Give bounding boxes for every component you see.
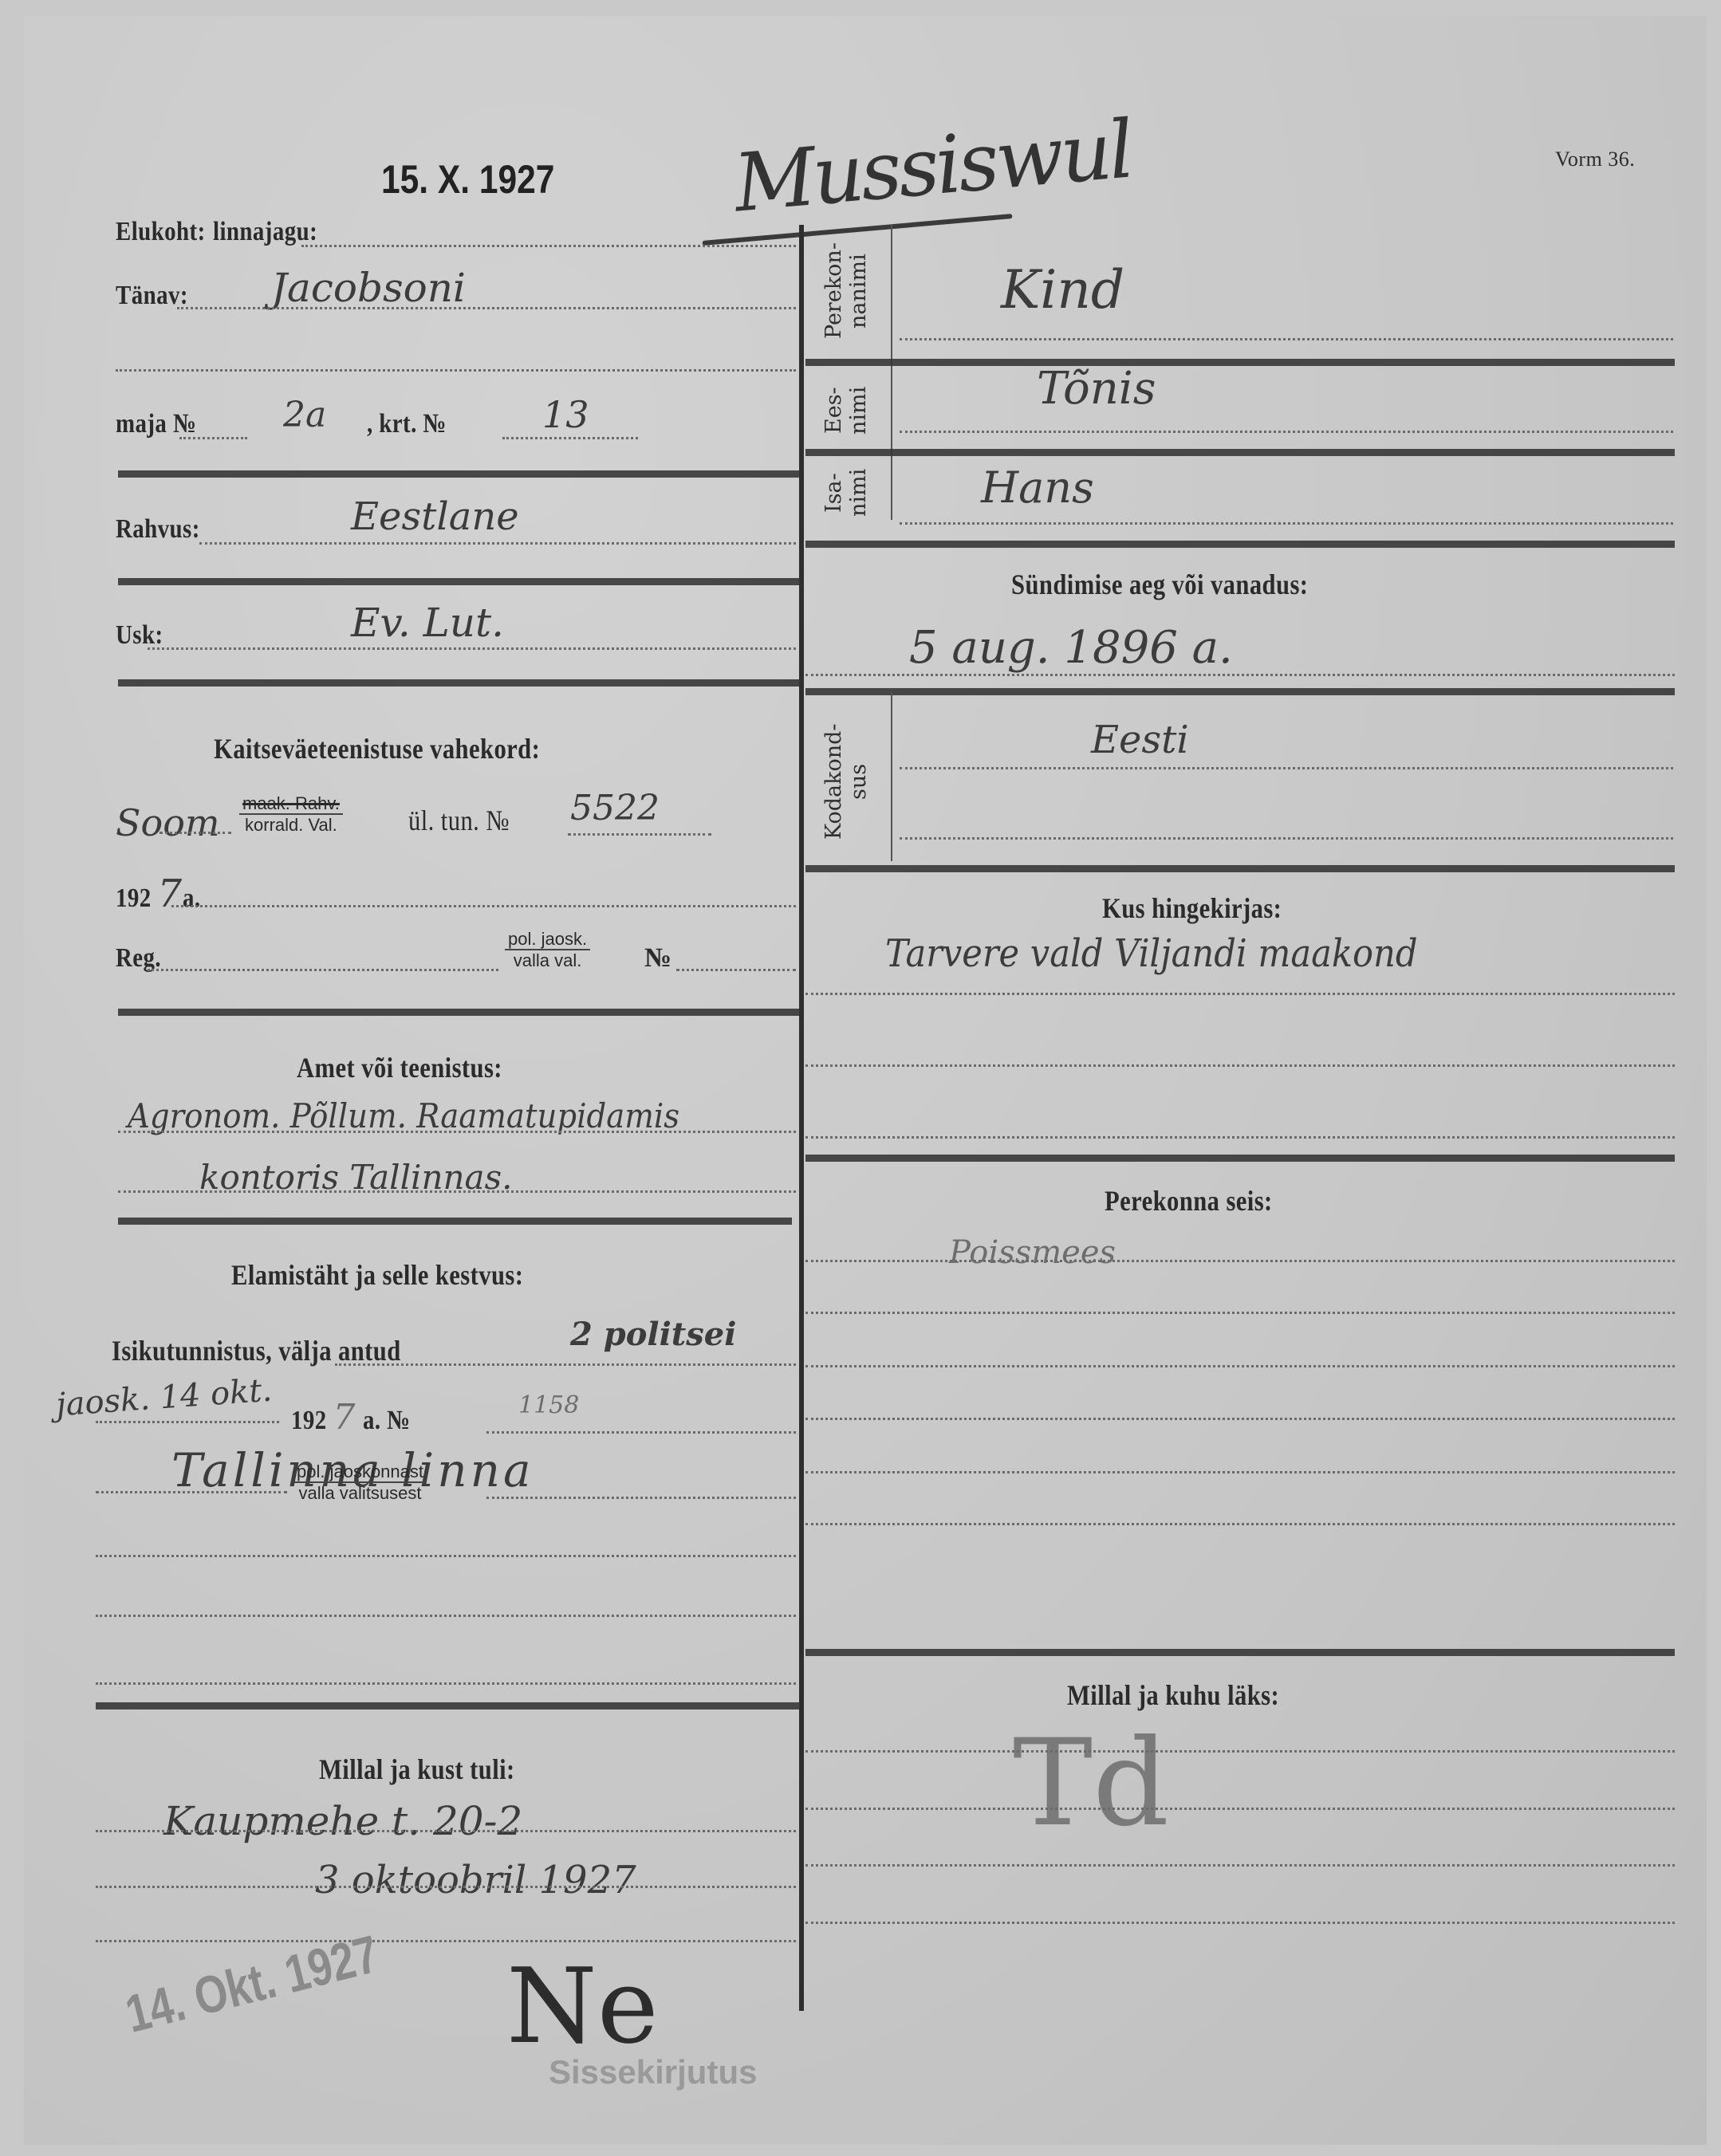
family-status-field-6[interactable] [805, 1523, 1675, 1525]
family-status-field-2[interactable] [805, 1312, 1675, 1314]
section-rule [805, 449, 1675, 456]
hingekiri-title: Kus hingekirjas: [1102, 891, 1282, 925]
residence-extra-field-2[interactable] [96, 1615, 796, 1617]
arrival-line1[interactable]: Kaupmehe t. 20-2 [163, 1798, 522, 1844]
section-rule [805, 541, 1675, 548]
reg-number-field[interactable] [676, 969, 796, 971]
id-year-label: 192 [291, 1406, 327, 1436]
id-number-value[interactable]: 1158 [518, 1391, 579, 1419]
military-fraction-bottom: korrald. Val. [239, 815, 343, 835]
usk-label: Usk: [116, 620, 163, 651]
reg-fraction-bottom: valla val. [505, 950, 590, 970]
section-rule [805, 1155, 1675, 1162]
ul-tun-label: ül. tun. № [408, 804, 510, 837]
id-issuer-fraction-top: pol. jaoskonnast [293, 1462, 427, 1483]
hingekiri-field-3[interactable] [805, 1136, 1675, 1139]
kodakondsus-label: Kodakond- sus [821, 706, 871, 857]
occupation-line1[interactable]: Agronom. Põllum. Raamatupidamis [128, 1096, 679, 1135]
citizenship-label-divider [891, 692, 892, 861]
tanav-value[interactable]: Jacobsoni [271, 265, 466, 311]
family-status-field-1[interactable] [805, 1260, 1675, 1262]
id-year-suffix: a. № [363, 1406, 411, 1436]
reg-fraction-top: pol. jaosk. [505, 929, 590, 950]
military-prefix-field[interactable] [159, 832, 231, 834]
perekonnanimi-label: Perekon- nanimi [821, 231, 871, 351]
birth-title: Sündimise aeg või vanadus: [1011, 568, 1308, 601]
rahvus-field[interactable] [199, 542, 796, 545]
military-year-value[interactable]: 7 [158, 871, 183, 916]
military-prefix-value[interactable]: Soom [116, 801, 220, 844]
departure-signature: Td [1013, 1714, 1169, 1853]
eesnimi-value[interactable]: Tõnis [1037, 363, 1156, 415]
arrival-field-2[interactable] [96, 1886, 796, 1888]
military-fraction-top: maak. Rahv. [239, 793, 343, 815]
maja-field[interactable] [179, 437, 247, 439]
arrival-field-3[interactable] [96, 1940, 796, 1942]
family-status-field-5[interactable] [805, 1471, 1675, 1473]
reg-fraction: pol. jaosk. valla val. [505, 929, 590, 971]
section-rule [118, 1218, 792, 1225]
section-rule [118, 578, 800, 585]
isanimi-label: Isa- nimi [821, 461, 871, 525]
military-year-label: 192 [116, 883, 152, 914]
date-stamp: 15. X. 1927 [381, 156, 554, 203]
military-fraction: maak. Rahv. korrald. Val. [239, 793, 343, 836]
ul-tun-field[interactable] [568, 833, 711, 836]
section-rule [118, 470, 800, 478]
section-rule [805, 865, 1675, 872]
family-status-title: Perekonna seis: [1105, 1184, 1273, 1218]
elukoht-label-group: Elukoht: linnajagu: [116, 217, 336, 247]
occupation-title: Amet või teenistus: [297, 1051, 502, 1084]
military-title: Kaitseväeteenistuse vahekord: [214, 732, 540, 765]
kodakondsus-field-1[interactable] [900, 767, 1673, 769]
krt-field[interactable] [502, 437, 638, 439]
residence-permit-title: Elamistäht ja selle kestvus: [231, 1258, 523, 1292]
krt-label: , krt. № [367, 409, 447, 439]
tanav-field[interactable] [177, 307, 796, 309]
maja-value[interactable]: 2a [283, 395, 326, 435]
id-issued-value[interactable]: 2 politsei [570, 1316, 736, 1353]
arrival-field-1[interactable] [96, 1830, 796, 1832]
birth-value[interactable]: 5 aug. 1896 a. [909, 622, 1233, 674]
isanimi-value[interactable]: Hans [981, 462, 1094, 513]
rahvus-label: Rahvus: [116, 514, 200, 545]
departure-field-4[interactable] [805, 1922, 1675, 1924]
krt-value[interactable]: 13 [542, 393, 589, 436]
departure-title: Millal ja kuhu läks: [1067, 1678, 1279, 1712]
occupation-field-2[interactable] [118, 1190, 796, 1193]
birth-field[interactable] [805, 674, 1675, 676]
military-year-field[interactable] [171, 905, 796, 907]
reg-field[interactable] [148, 969, 498, 971]
section-rule [805, 1649, 1675, 1656]
id-issued-field[interactable] [335, 1363, 796, 1366]
id-issued-label: Isikutunnistus, välja antud [112, 1334, 401, 1367]
rahvus-value[interactable]: Eestlane [351, 494, 519, 539]
ul-tun-value[interactable]: 5522 [570, 788, 660, 828]
id-issuer-fraction-bottom: valla valitsusest [293, 1483, 427, 1503]
id-issuer-field-right[interactable] [486, 1497, 796, 1499]
family-status-field-4[interactable] [805, 1418, 1675, 1420]
section-rule [805, 359, 1675, 366]
linnajagu-field[interactable] [301, 245, 796, 247]
section-rule [96, 1702, 800, 1709]
official-signature: Ne [506, 1946, 659, 2067]
residence-extra-field-1[interactable] [96, 1555, 796, 1557]
maja-label: maja № [116, 409, 196, 439]
form-number: Vorm 36. [1555, 148, 1635, 171]
section-rule [118, 1009, 800, 1016]
military-year-suffix: a. [183, 883, 201, 914]
name-label-divider [891, 225, 892, 520]
id-date-field[interactable] [96, 1421, 279, 1423]
usk-field[interactable] [148, 647, 796, 650]
id-issuer-field-left[interactable] [96, 1491, 287, 1493]
hingekiri-value[interactable]: Tarvere vald Viljandi maakond [885, 931, 1418, 976]
departure-field-1[interactable] [805, 1750, 1675, 1753]
perekonnanimi-value[interactable]: Kind [1001, 259, 1124, 321]
section-rule [805, 688, 1675, 695]
family-status-value[interactable]: Poissmees [949, 1234, 1116, 1271]
id-year-value[interactable]: 7 [333, 1397, 356, 1438]
eesnimi-label: Ees- nimi [821, 371, 871, 450]
arrival-line2[interactable]: 3 oktoobril 1927 [315, 1858, 636, 1902]
arrival-title: Millal ja kust tuli: [319, 1753, 515, 1786]
registration-stamp: Sissekirjutus [549, 2053, 757, 2091]
isanimi-field[interactable] [900, 522, 1673, 525]
kodakondsus-value[interactable]: Eesti [1091, 718, 1189, 762]
id-year-group: 1927 a. № [291, 1397, 419, 1438]
elukoht-label: Elukoht: [116, 217, 206, 247]
usk-value[interactable]: Ev. Lut. [351, 600, 504, 646]
perekonnanimi-field[interactable] [900, 338, 1673, 340]
eesnimi-field[interactable] [900, 431, 1673, 433]
id-number-field[interactable] [486, 1431, 796, 1434]
section-rule [118, 679, 800, 687]
tanav-extra-field[interactable] [116, 369, 796, 372]
military-year-group: 1927a. [116, 871, 203, 916]
linnajagu-label: linnajagu: [213, 217, 317, 247]
kodakondsus-field-2[interactable] [900, 837, 1673, 840]
hingekiri-field-1[interactable] [805, 993, 1675, 995]
family-status-field-3[interactable] [805, 1365, 1675, 1367]
departure-field-3[interactable] [805, 1864, 1675, 1867]
residence-extra-field-3[interactable] [96, 1682, 796, 1685]
hingekiri-field-2[interactable] [805, 1064, 1675, 1067]
id-issuer-fraction: pol. jaoskonnast valla valitsusest [293, 1462, 427, 1504]
occupation-field-1[interactable] [118, 1131, 796, 1133]
column-divider [799, 225, 804, 2011]
reg-number-label: № [644, 943, 672, 974]
departure-field-2[interactable] [805, 1808, 1675, 1810]
